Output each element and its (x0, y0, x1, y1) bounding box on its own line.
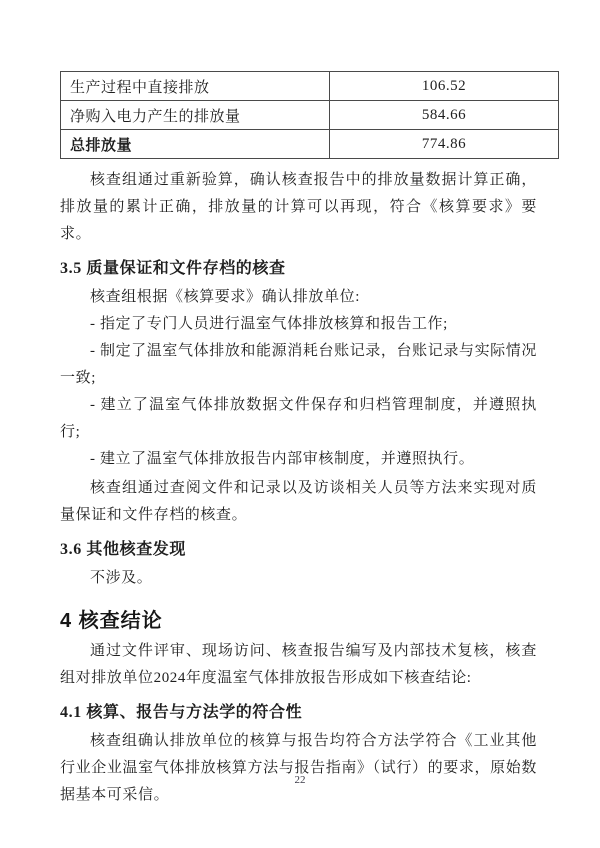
heading-4-1-methodology-conformance: 4.1 核算、报告与方法学的符合性 (60, 700, 537, 726)
heading-4-verification-conclusion: 4 核查结论 (60, 606, 537, 636)
paragraph-qa-method: 核查组通过查阅文件和记录以及访谈相关人员等方法来实现对质量保证和文件存档的核查。 (60, 475, 537, 529)
emission-total-label: 总排放量 (61, 130, 330, 159)
list-item-ledger-records: - 制定了温室气体排放和能源消耗台账记录，台账记录与实际情况一致; (60, 338, 537, 392)
table-row-total: 总排放量 774.86 (61, 130, 559, 159)
report-page: 生产过程中直接排放 106.52 净购入电力产生的排放量 584.66 总排放量… (0, 0, 600, 848)
list-item-archive-system: - 建立了温室气体排放数据文件保存和归档管理制度，并遵照执行; (60, 392, 537, 446)
emission-row-label: 生产过程中直接排放 (61, 72, 330, 101)
list-item-internal-review: - 建立了温室气体排放报告内部审核制度，并遵照执行。 (60, 446, 537, 473)
emission-row-label: 净购入电力产生的排放量 (61, 101, 330, 130)
list-item-designated-personnel: - 指定了专门人员进行温室气体排放核算和报告工作; (60, 311, 537, 338)
heading-3-5-quality-assurance: 3.5 质量保证和文件存档的核查 (60, 256, 537, 282)
emission-total-value: 774.86 (330, 130, 559, 159)
emission-row-value: 106.52 (330, 72, 559, 101)
page-number: 22 (0, 774, 600, 786)
table-row: 生产过程中直接排放 106.52 (61, 72, 559, 101)
paragraph-conclusion-intro: 通过文件评审、现场访问、核查报告编写及内部技术复核，核查组对排放单位2024年度… (60, 638, 537, 692)
table-row: 净购入电力产生的排放量 584.66 (61, 101, 559, 130)
paragraph-not-involved: 不涉及。 (60, 565, 537, 592)
paragraph-recalculation-confirmation: 核查组通过重新验算，确认核查报告中的排放量数据计算正确，排放量的累计正确，排放量… (60, 167, 537, 248)
paragraph-confirm-intro: 核查组根据《核算要求》确认排放单位: (60, 284, 537, 311)
emissions-table: 生产过程中直接排放 106.52 净购入电力产生的排放量 584.66 总排放量… (60, 71, 559, 159)
heading-3-6-other-findings: 3.6 其他核查发现 (60, 537, 537, 563)
emission-row-value: 584.66 (330, 101, 559, 130)
paragraph-conclusion-4-1: 核查组确认排放单位的核算与报告均符合方法学符合《工业其他行业企业温室气体排放核算… (60, 728, 537, 809)
